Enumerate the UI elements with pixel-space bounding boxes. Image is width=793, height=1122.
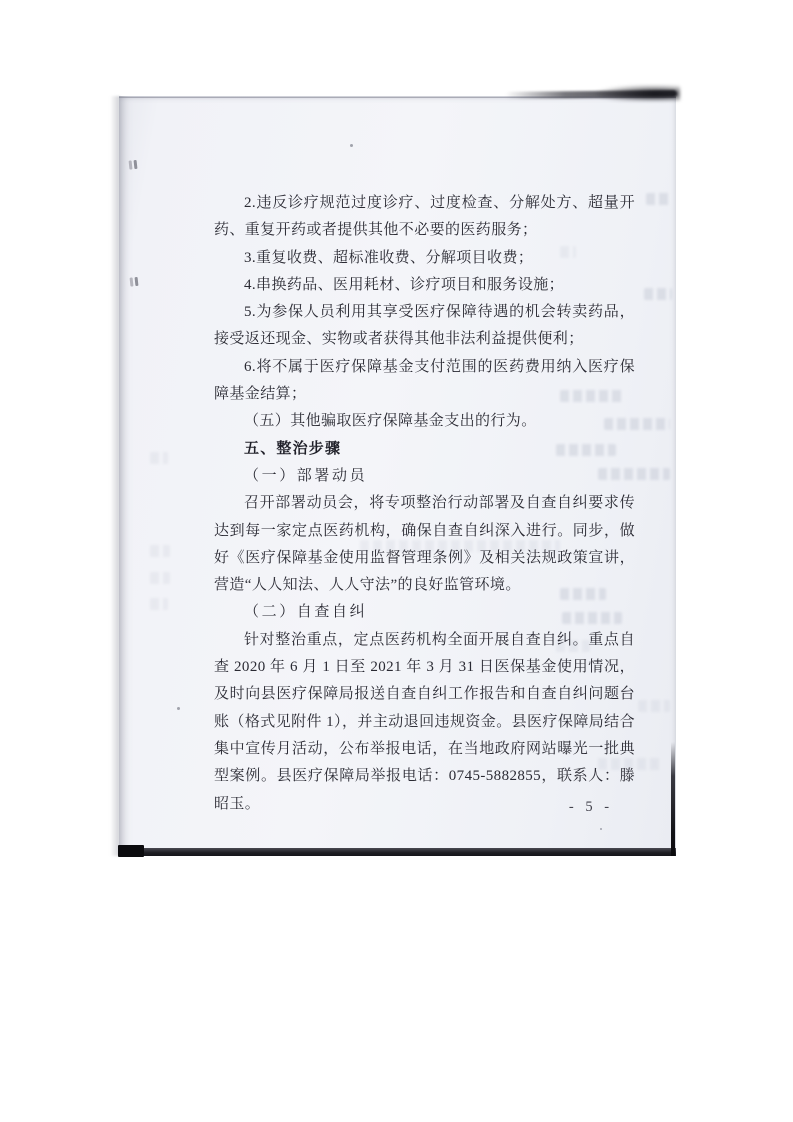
bleed-through-mark (150, 572, 170, 584)
bottom-left-corner-mark (118, 845, 144, 857)
dust-speck (177, 707, 180, 710)
top-right-corner-smudge (596, 85, 680, 101)
bleed-through-mark (150, 452, 168, 464)
violation-item-4: 4.串换药品、医用耗材、诊疗项目和服务设施； (214, 272, 635, 299)
bleed-through-mark (150, 545, 170, 557)
bleed-through-mark (150, 598, 168, 610)
bleed-through-mark (644, 288, 672, 300)
dust-speck (350, 144, 353, 147)
page-number: - 5 - (556, 799, 626, 816)
bleed-through-mark (646, 193, 672, 205)
self-check-paragraph: 针对整治重点，定点医药机构全面开展自查自纠。重点自查 2020 年 6 月 1 … (214, 627, 635, 818)
violation-item-5: 5.为参保人员利用其享受医疗保障待遇的机会转卖药品，接受返还现金、实物或者获得其… (214, 299, 635, 354)
violation-item-6: 6.将不属于医疗保障基金支付范围的医药费用纳入医疗保障基金结算； (214, 354, 635, 409)
right-edge-scan-line (671, 742, 675, 856)
violation-item-3: 3.重复收费、超标准收费、分解项目收费； (214, 245, 635, 272)
deployment-paragraph: 召开部署动员会，将专项整治行动部署及自查自纠要求传达到每一家定点医药机构，确保自… (214, 490, 635, 599)
clause-item-5: （五）其他骗取医疗保障基金支出的行为。 (214, 408, 635, 435)
section-heading-steps: 五、整治步骤 (214, 436, 635, 463)
bleed-through-mark (638, 700, 670, 712)
document-text-block: 2.违反诊疗规范过度诊疗、过度检查、分解处方、超量开药、重复开药或者提供其他不必… (214, 190, 635, 818)
violation-item-2: 2.违反诊疗规范过度诊疗、过度检查、分解处方、超量开药、重复开药或者提供其他不必… (214, 190, 635, 245)
subsection-1-deployment: （一）部署动员 (214, 463, 635, 490)
dust-speck (600, 828, 602, 830)
bottom-scan-band (119, 848, 676, 856)
subsection-2-self-check: （二）自查自纠 (214, 599, 635, 626)
